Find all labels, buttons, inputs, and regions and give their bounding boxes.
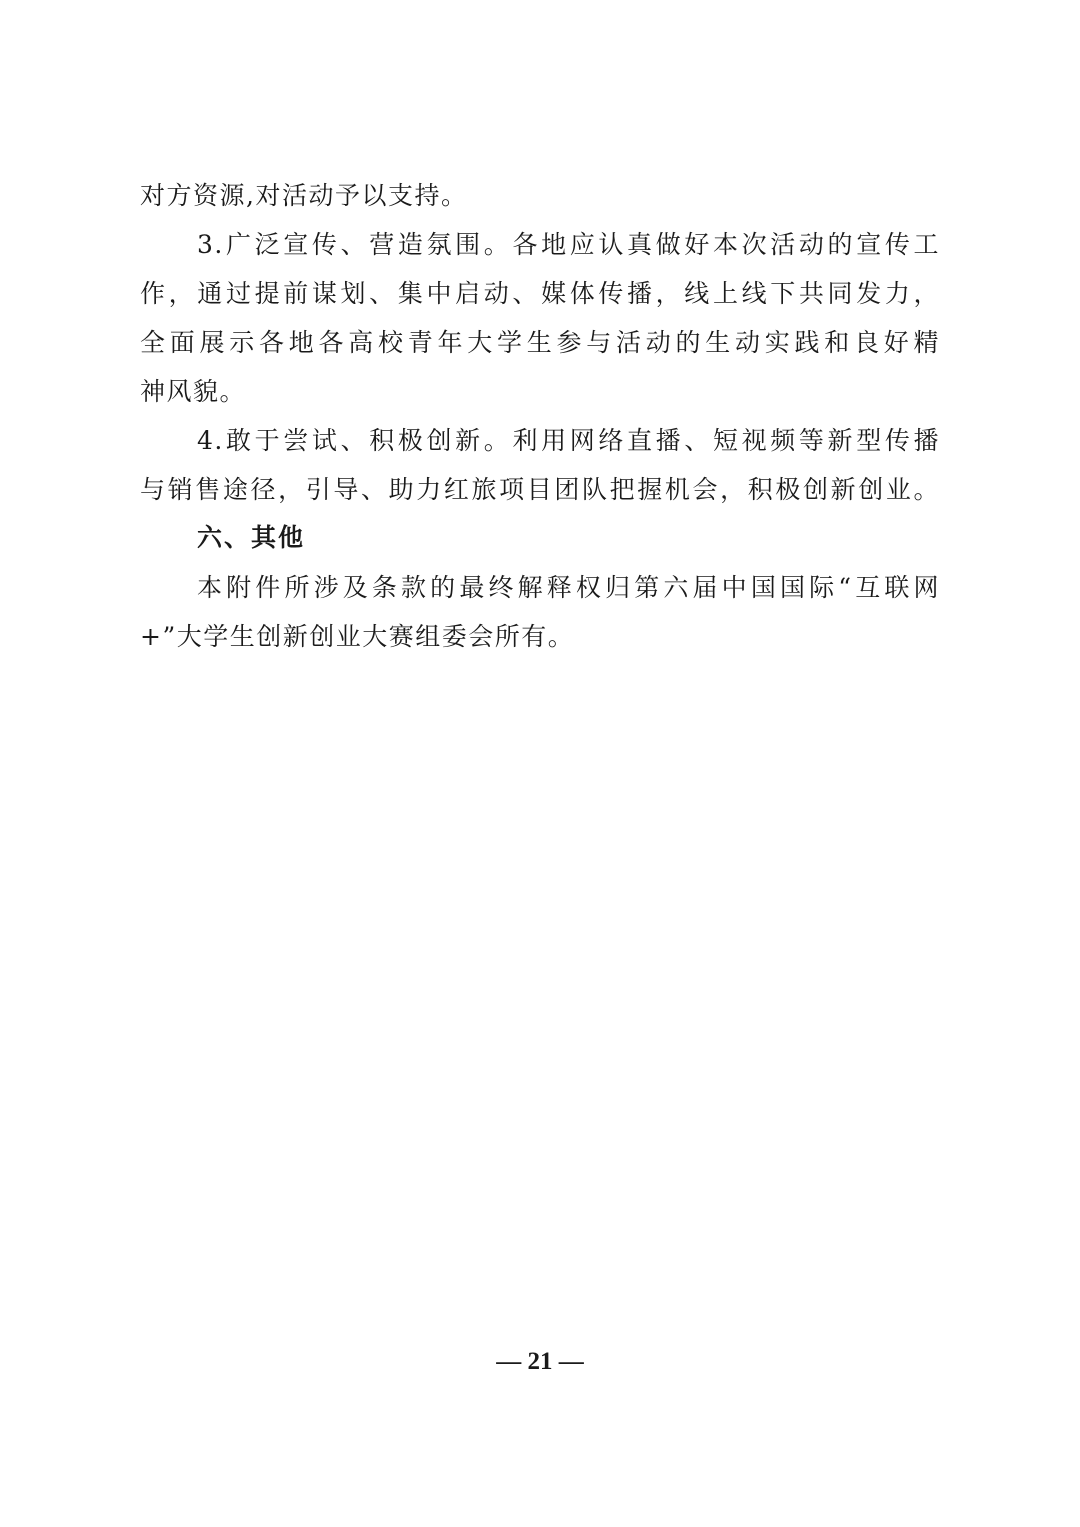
paragraph-other-line: 本附件所涉及条款的最终解释权归第六届中国国际“互联网 [197,572,940,604]
paragraph-item-4-line: 与销售途径，引导、助力红旅项目团队把握机会，积极创新创业。 [140,474,940,506]
section-heading: 六、其他 [197,522,940,554]
paragraph-item-3-line: 3.广泛宣传、营造氛围。各地应认真做好本次活动的宣传工 [197,229,940,261]
paragraph-item-3-line: 作，通过提前谋划、集中启动、媒体传播，线上线下共同发力， [140,278,940,310]
document-page: 对方资源,对活动予以支持。 3.广泛宣传、营造氛围。各地应认真做好本次活动的宣传… [0,0,1080,1527]
page-number: — 21 — [0,1348,1080,1376]
paragraph-item-4-line: 4.敢于尝试、积极创新。利用网络直播、短视频等新型传播 [197,425,940,457]
paragraph-item-3-line: 全面展示各地各高校青年大学生参与活动的生动实践和良好精 [140,327,940,359]
paragraph-other-line: +”大学生创新创业大赛组委会所有。 [140,621,940,653]
paragraph-line: 对方资源,对活动予以支持。 [140,180,940,212]
paragraph-item-3-line: 神风貌。 [140,376,940,408]
